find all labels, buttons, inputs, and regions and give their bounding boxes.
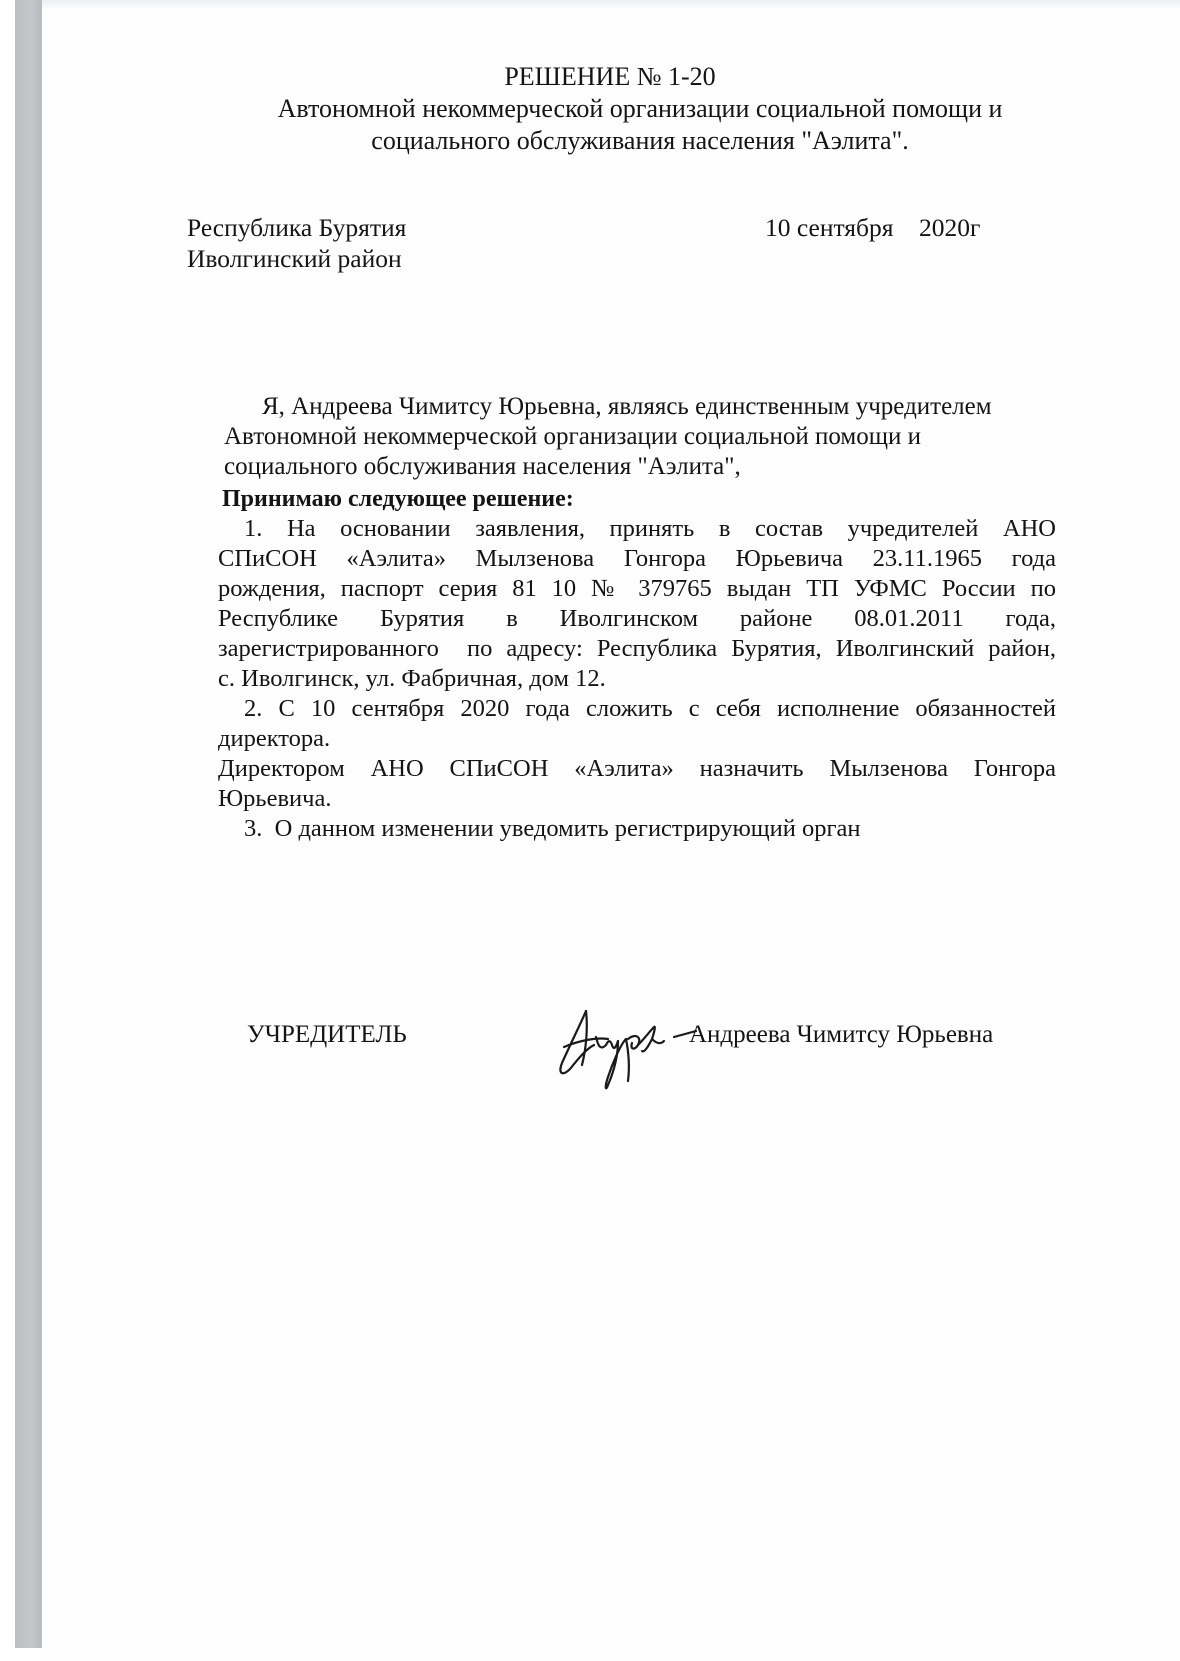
document-title: РЕШЕНИЕ № 1-20: [440, 62, 780, 92]
signatory-name: Андреева Чимитсу Юрьевна: [689, 1020, 993, 1050]
org-name-line2: социального обслуживания населения "Аэли…: [240, 126, 1040, 156]
scan-page-edge: [15, 0, 42, 1648]
org-name-line1: Автономной некоммерческой организации со…: [240, 94, 1040, 124]
intro-line-1: Я, Андреева Чимитсу Юрьевна, являясь еди…: [262, 392, 992, 422]
handwritten-signature-icon: [556, 1005, 716, 1095]
item2-line2: директора.: [218, 724, 330, 754]
item3: 3. О данном изменении уведомить регистри…: [244, 814, 861, 844]
item1-line5: зарегистрированного по адресу: Республик…: [218, 634, 1056, 664]
document-date: 10 сентября 2020г: [765, 213, 980, 243]
decision-heading: Принимаю следующее решение:: [222, 484, 574, 514]
location-district: Иволгинский район: [187, 244, 402, 274]
item2-line4: Юрьевича.: [218, 784, 331, 814]
intro-line-2: Автономной некоммерческой организации со…: [224, 422, 921, 452]
item1-line1: 1. На основании заявления, принять в сос…: [244, 514, 1056, 544]
intro-line-3: социального обслуживания населения "Аэли…: [224, 452, 741, 482]
scan-top-shadow: [42, 0, 1180, 10]
location-region: Республика Бурятия: [187, 213, 406, 243]
item2-line1: 2. С 10 сентября 2020 года сложить с себ…: [244, 694, 1056, 724]
item1-line6: с. Иволгинск, ул. Фабричная, дом 12.: [218, 664, 606, 694]
item2-line3: Директором АНО СПиСОН «Аэлита» назначить…: [218, 754, 1056, 784]
signature-role: УЧРЕДИТЕЛЬ: [247, 1020, 407, 1050]
item1-line4: Республике Бурятия в Иволгинском районе …: [218, 604, 1056, 634]
item1-line2: СПиСОН «Аэлита» Мылзенова Гонгора Юрьеви…: [218, 544, 1056, 574]
item1-line3: рождения, паспорт серия 81 10 № 379765 в…: [218, 574, 1056, 604]
